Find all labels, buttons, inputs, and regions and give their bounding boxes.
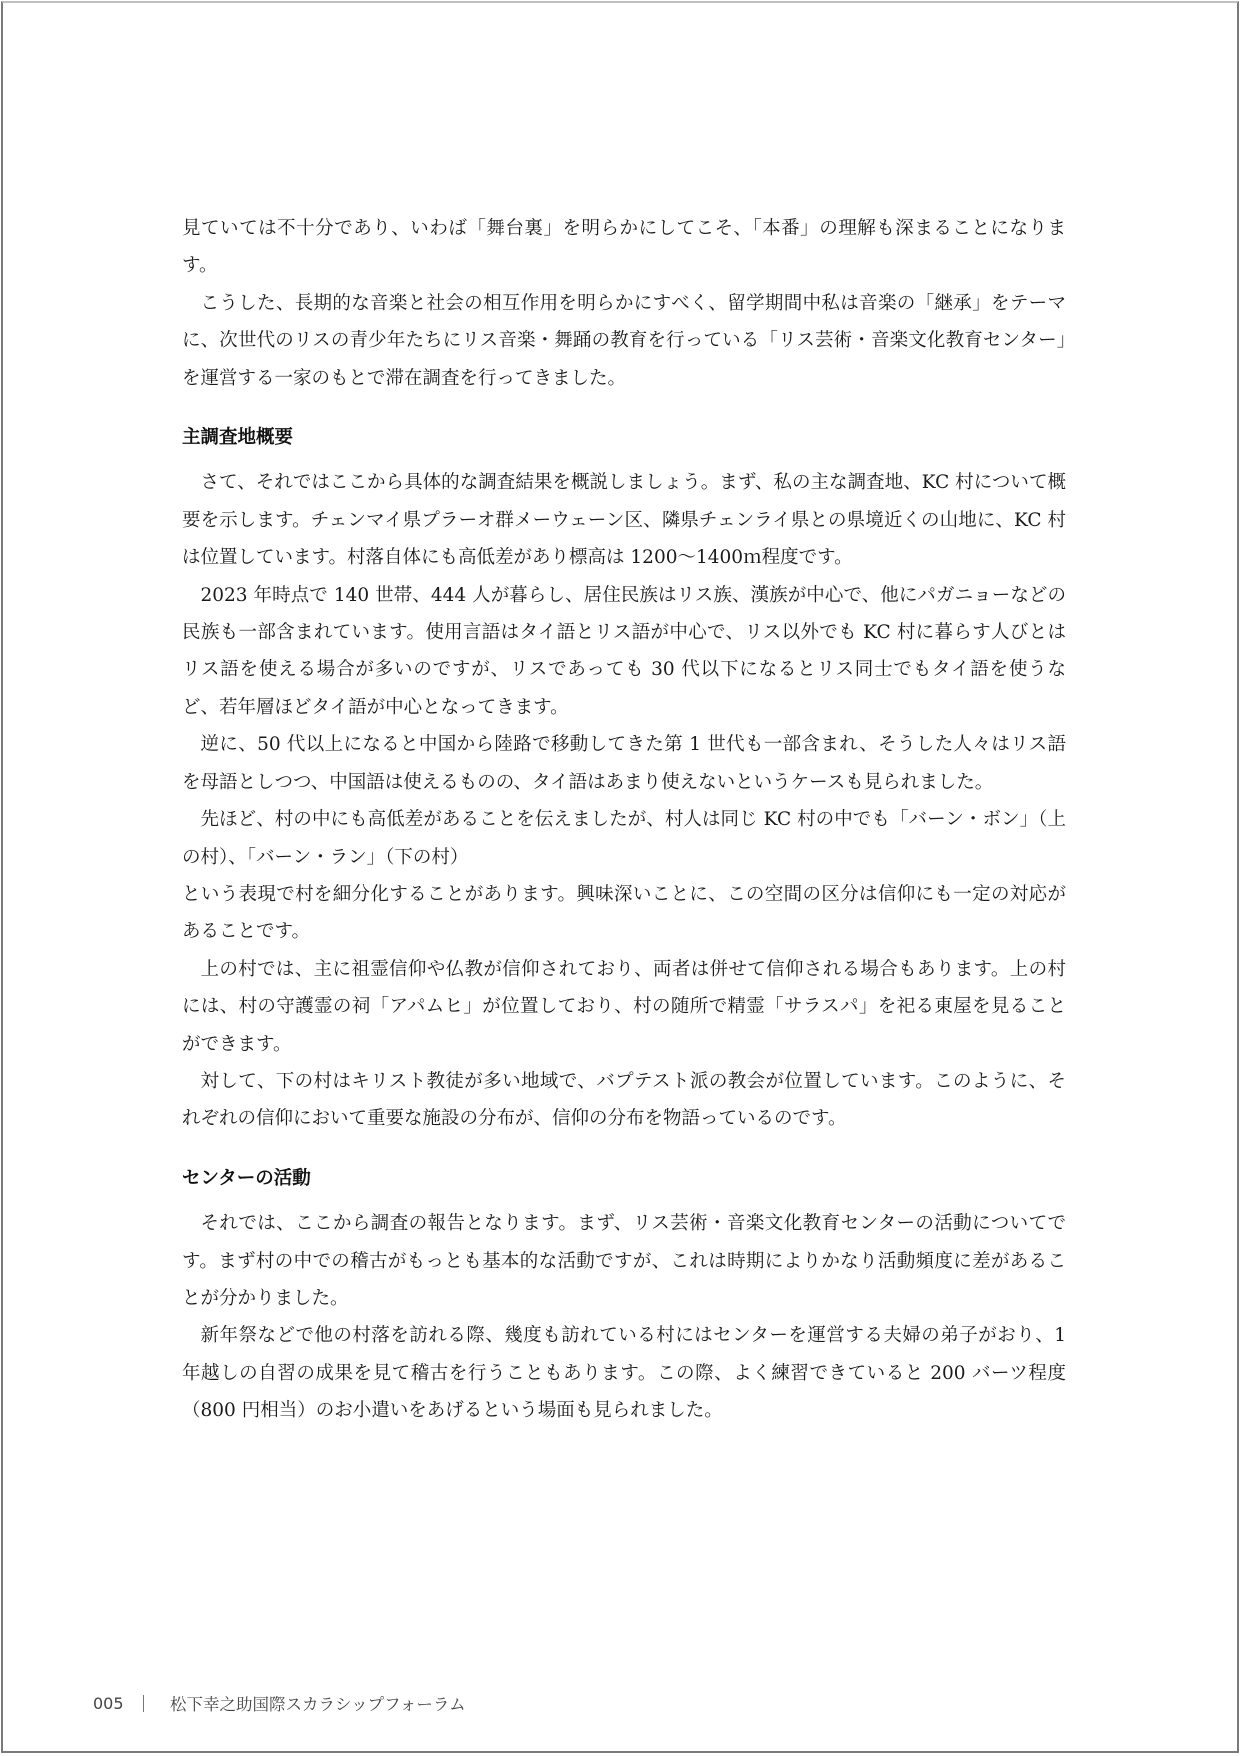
paragraph: という表現で村を細分化することがあります。興味深いことに、この空間の区分は信仰に…	[182, 876, 1066, 951]
paragraph: それでは、ここから調査の報告となります。まず、リス芸術・音楽文化教育センターの活…	[182, 1205, 1066, 1317]
article-body: 見ていては不十分であり、いわば「舞台裏」を明らかにしてこそ、「本番」の理解も深ま…	[182, 210, 1066, 1430]
page-footer: 005 松下幸之助国際スカラシップフォーラム	[93, 1689, 466, 1717]
paragraph: 逆に、50 代以上になると中国から陸路で移動してきた第 1 世代も一部含まれ、そ…	[182, 726, 1066, 801]
paragraph: 先ほど、村の中にも高低差があることを伝えましたが、村人は同じ KC 村の中でも「…	[182, 801, 1066, 876]
section-heading-center-activities: センターの活動	[182, 1160, 1066, 1197]
paragraph: 対して、下の村はキリスト教徒が多い地域で、バプテスト派の教会が位置しています。こ…	[182, 1063, 1066, 1138]
paragraph: 見ていては不十分であり、いわば「舞台裏」を明らかにしてこそ、「本番」の理解も深ま…	[182, 210, 1066, 285]
page-number: 005	[93, 1694, 143, 1713]
paragraph: さて、それではここから具体的な調査結果を概説しましょう。まず、私の主な調査地、K…	[182, 464, 1066, 576]
publication-title: 松下幸之助国際スカラシップフォーラム	[170, 1691, 466, 1715]
paragraph: 新年祭などで他の村落を訪れる際、幾度も訪れている村にはセンターを運営する夫婦の弟…	[182, 1317, 1066, 1429]
section-heading-survey-site: 主調査地概要	[182, 419, 1066, 456]
document-page: 見ていては不十分であり、いわば「舞台裏」を明らかにしてこそ、「本番」の理解も深ま…	[1, 1, 1239, 1753]
paragraph: こうした、長期的な音楽と社会の相互作用を明らかにすべく、留学期間中私は音楽の「継…	[182, 285, 1066, 397]
footer-divider	[143, 1695, 144, 1712]
paragraph: 上の村では、主に祖霊信仰や仏教が信仰されており、両者は併せて信仰される場合もあり…	[182, 951, 1066, 1063]
paragraph: 2023 年時点で 140 世帯、444 人が暮らし、居住民族はリス族、漢族が中…	[182, 577, 1066, 727]
